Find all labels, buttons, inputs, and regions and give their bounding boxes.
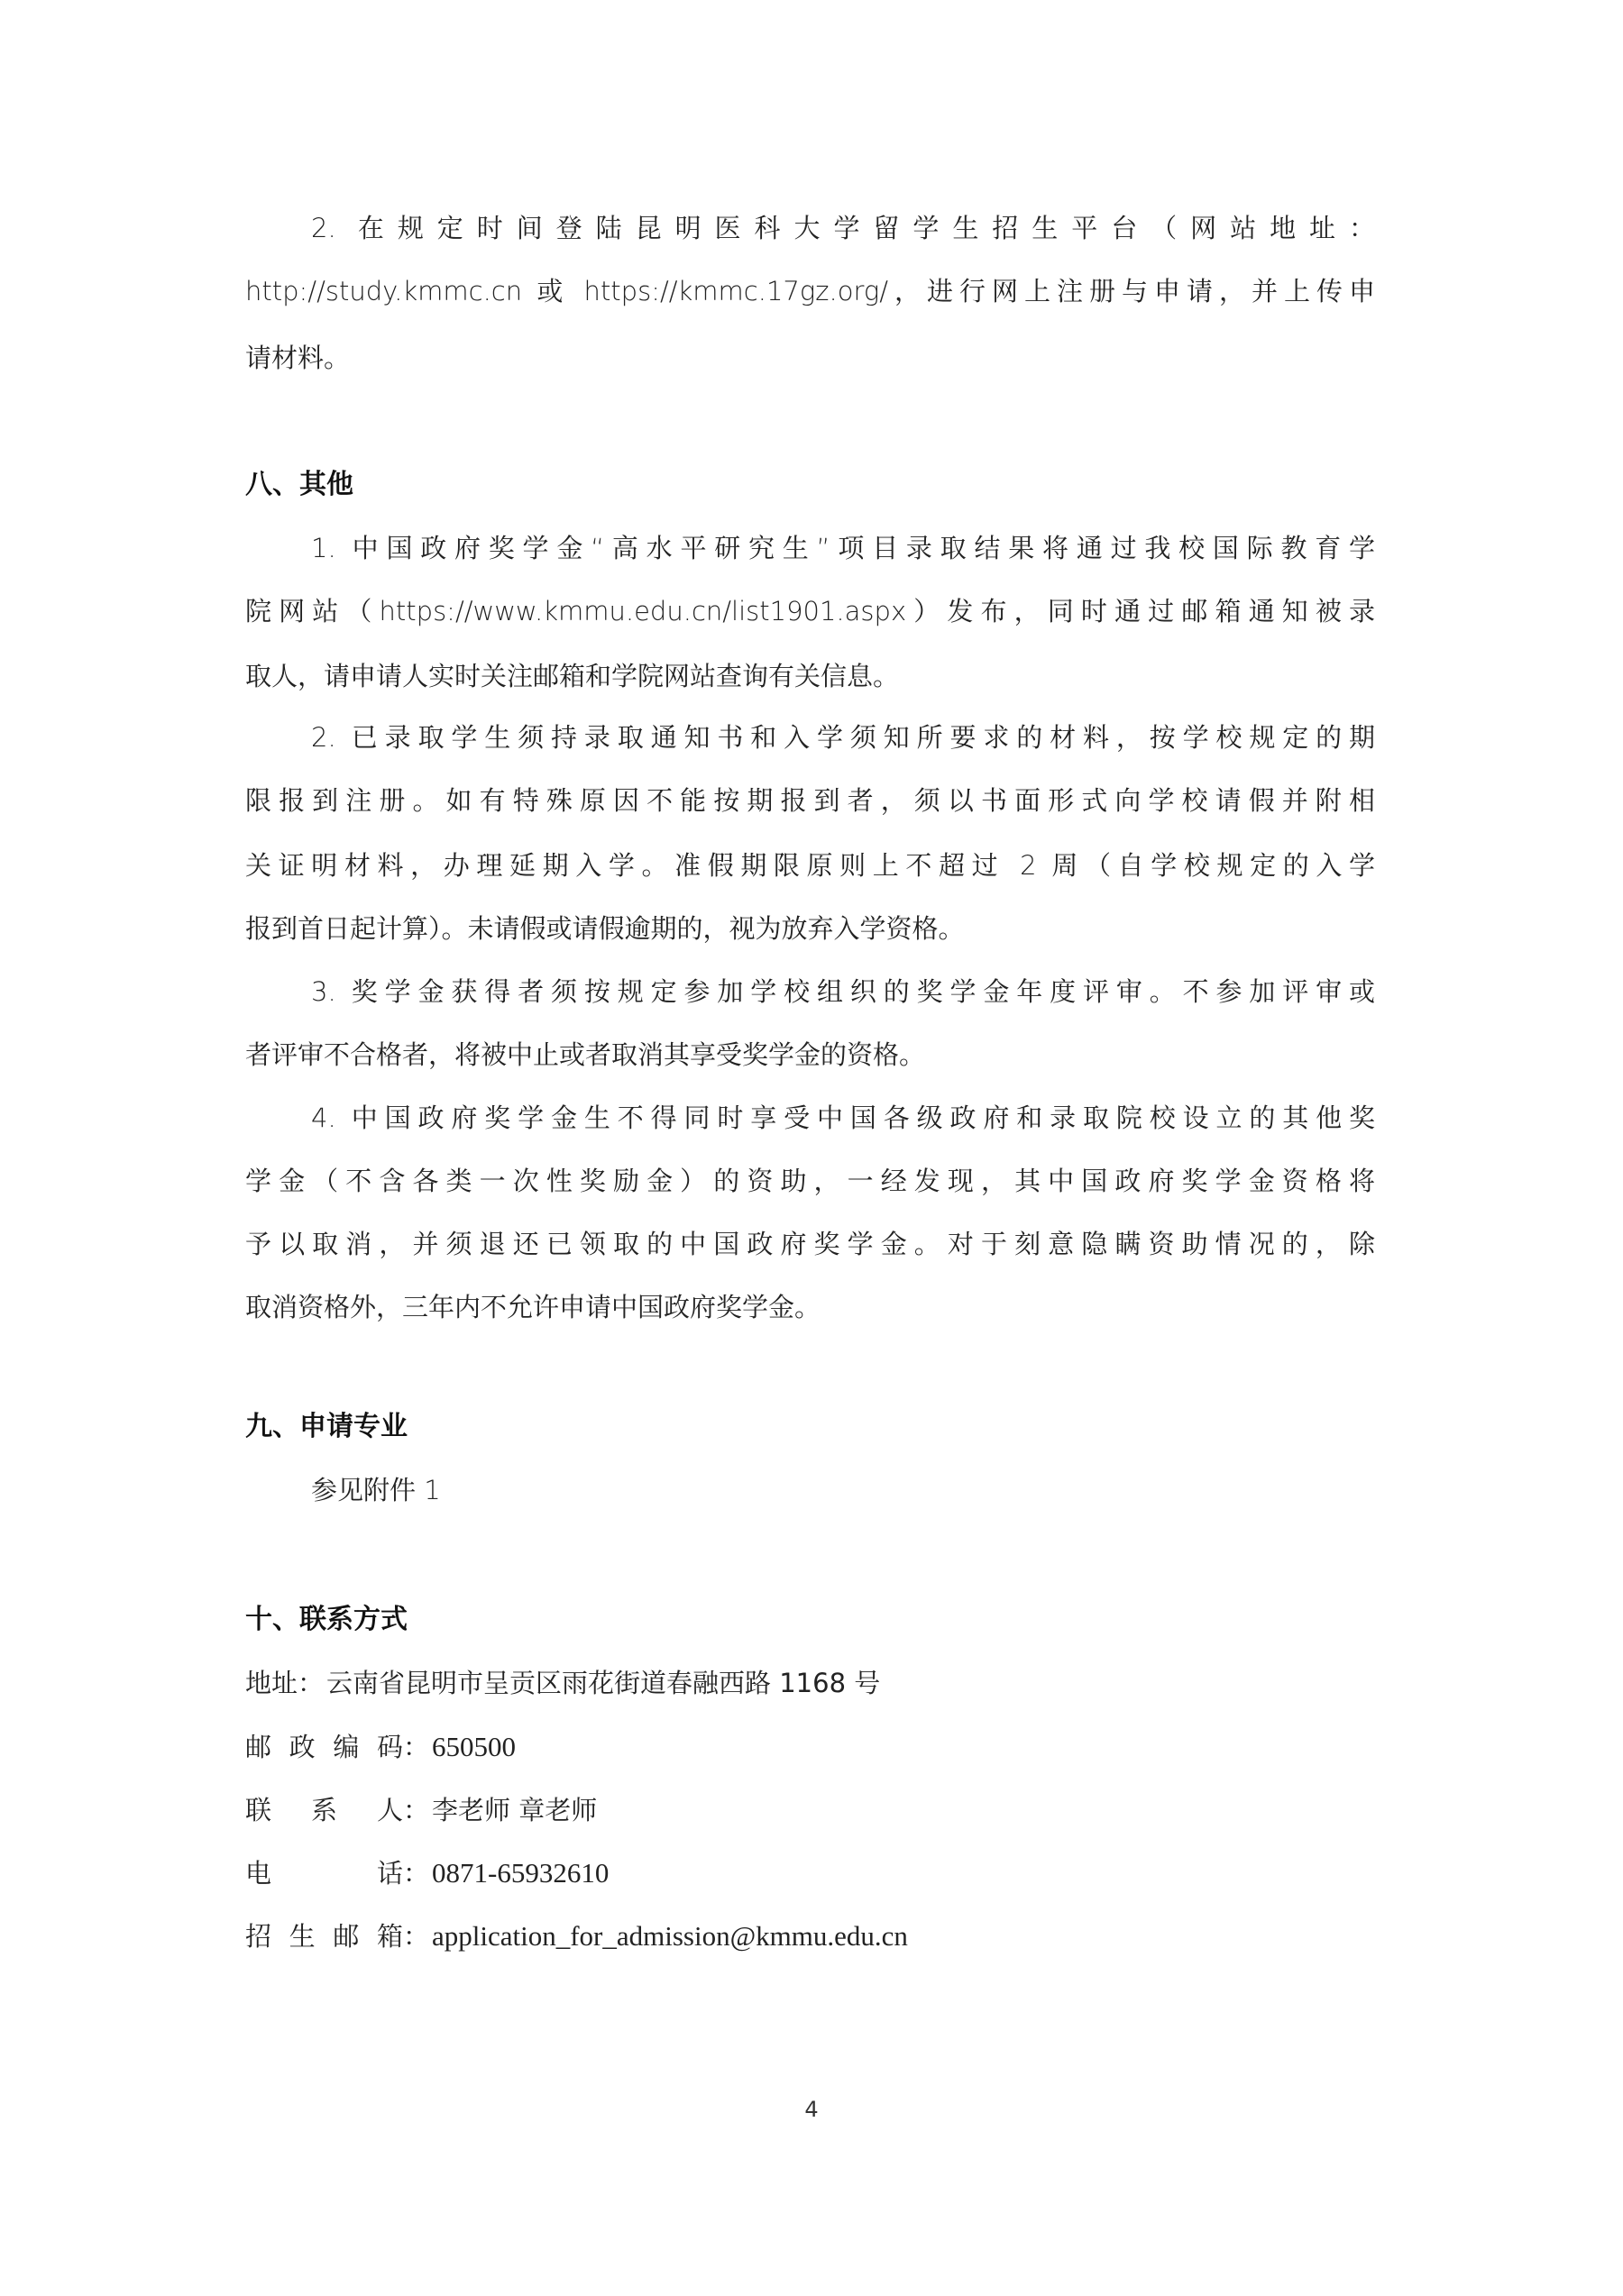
contact-phone: 电话：0871-65932610 xyxy=(245,1853,609,1893)
majors-reference: 参见附件 1 xyxy=(311,1470,1375,1510)
paragraph-line: 关证明材料，办理延期入学。准假期限原则上不超过 2 周（自学校规定的入学 xyxy=(245,846,1375,885)
paragraph-line: 4. 中国政府奖学金生不得同时享受中国各级政府和录取院校设立的其他奖 xyxy=(311,1098,1375,1138)
paragraph-line: 2. 在规定时间登陆昆明医科大学留学生招生平台（网站地址： xyxy=(311,208,1375,248)
contact-value: 李老师 章老师 xyxy=(432,1790,597,1830)
paragraph-line: 请材料。 xyxy=(245,338,1375,378)
contact-person: 联系人：李老师 章老师 xyxy=(245,1790,597,1830)
paragraph-line: 限报到注册。如有特殊原因不能按期报到者，须以书面形式向学校请假并附相 xyxy=(245,781,1375,820)
contact-value: 云南省昆明市呈贡区雨花街道春融西路 1168 号 xyxy=(326,1663,880,1703)
contact-address: 地址：云南省昆明市呈贡区雨花街道春融西路 1168 号 xyxy=(245,1663,880,1703)
contact-label: 电话 xyxy=(245,1853,403,1893)
paragraph-line: 取人，请申请人实时关注邮箱和学院网站查询有关信息。 xyxy=(245,656,1375,696)
paragraph-line: 予以取消，并须退还已领取的中国政府奖学金。对于刻意隐瞒资助情况的，除 xyxy=(245,1224,1375,1264)
colon: ： xyxy=(403,1727,432,1767)
contact-value: 650500 xyxy=(432,1727,516,1767)
contact-email-link[interactable]: application_for_admission@kmmu.edu.cn xyxy=(432,1916,908,1956)
paragraph-line: 学金（不含各类一次性奖励金）的资助，一经发现，其中国政府奖学金资格将 xyxy=(245,1161,1375,1201)
paragraph-line: 者评审不合格者，将被中止或者取消其享受奖学金的资格。 xyxy=(245,1035,1375,1075)
contact-label: 邮政编码 xyxy=(245,1727,403,1767)
colon: ： xyxy=(403,1916,432,1956)
contact-value: 0871-65932610 xyxy=(432,1853,609,1893)
paragraph-line: 1. 中国政府奖学金“高水平研究生”项目录取结果将通过我校国际教育学 xyxy=(311,528,1375,568)
contact-label: 地址 xyxy=(245,1663,298,1703)
section-heading-contact: 十、联系方式 xyxy=(245,1600,408,1640)
paragraph-line: 3. 奖学金获得者须按规定参加学校组织的奖学金年度评审。不参加评审或 xyxy=(311,972,1375,1011)
colon: ： xyxy=(403,1790,432,1830)
contact-email: 招生邮箱：application_for_admission@kmmu.edu.… xyxy=(245,1916,908,1956)
colon: ： xyxy=(298,1663,326,1703)
section-heading-majors: 九、申请专业 xyxy=(245,1407,408,1447)
paragraph-line: http://study.kmmc.cn 或 https://kmmc.17gz… xyxy=(245,271,1375,311)
document-page: 2. 在规定时间登陆昆明医科大学留学生招生平台（网站地址： http://stu… xyxy=(0,0,1623,2296)
section-heading-other: 八、其他 xyxy=(245,465,353,505)
colon: ： xyxy=(403,1853,432,1893)
page-number: 4 xyxy=(793,2093,830,2126)
contact-label: 联系人 xyxy=(245,1790,403,1830)
paragraph-line: 2. 已录取学生须持录取通知书和入学须知所要求的材料，按学校规定的期 xyxy=(311,718,1375,757)
paragraph-line: 院网站（https://www.kmmu.edu.cn/list1901.asp… xyxy=(245,591,1375,631)
paragraph-line: 报到首日起计算）。未请假或请假逾期的，视为放弃入学资格。 xyxy=(245,909,1375,948)
paragraph-line: 取消资格外，三年内不允许申请中国政府奖学金。 xyxy=(245,1287,1375,1327)
contact-label: 招生邮箱 xyxy=(245,1916,403,1956)
contact-postal-code: 邮政编码：650500 xyxy=(245,1727,516,1767)
